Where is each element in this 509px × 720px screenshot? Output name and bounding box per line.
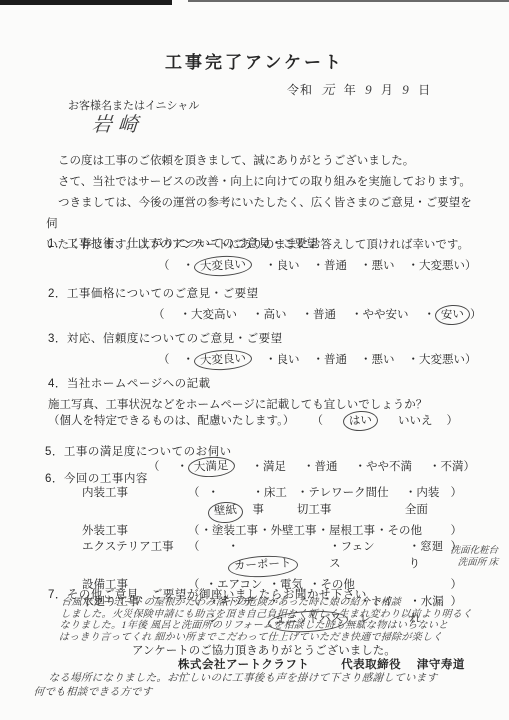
day-value-handwritten: 9 (402, 82, 410, 97)
option-text: 外壁工事 (271, 525, 317, 537)
paren-open: （ (158, 354, 170, 366)
text-line: さて、当社ではサービスの改善・向上に向けての取り組みを実施しております。 (46, 172, 472, 193)
text-line: なりました。1年後 風呂と洗面所のリフォームを相談した時も無駄な物はいらないと (59, 620, 505, 632)
option-大変高い: ・大変高い (180, 309, 238, 321)
option-大満足: ・大満足 (177, 461, 235, 473)
paren-close: ） (451, 485, 463, 502)
option-text: 悪い (372, 354, 395, 366)
option-フェンス: ・フェンス (329, 539, 380, 573)
paren-close: ） (465, 260, 477, 272)
option-text: 満足 (263, 461, 286, 473)
option-高い: ・高い (252, 309, 287, 321)
option-はい: はい (343, 415, 378, 427)
text-line: 台風でカーポートの屋根がたわみ落下の危険があった時に娘の紹介で相談 (61, 597, 507, 609)
option-普通: ・普通 (303, 461, 338, 473)
paren-open: （ (188, 523, 200, 540)
option-text: テレワーク間仕切工事 (297, 487, 389, 516)
paren-open: （ (153, 309, 165, 321)
text-line: この度は工事のご依頼を頂きまして、誠にありがとうございました。 (46, 151, 472, 172)
customer-name-handwritten: 岩崎 (91, 108, 145, 137)
option-text: 良い (277, 260, 300, 272)
option-text: 普通 (315, 461, 338, 473)
option-text: 高い (264, 309, 287, 321)
circled-selection: 大変良い (194, 348, 253, 371)
question-4-answer-row: （個人を特定できるものは、配慮いたします。） （はいいいえ） (48, 411, 460, 431)
option-外壁工事: ・外壁工事 (259, 523, 317, 540)
question-3-label: 3．対応、信頼度についてのご意見・ご要望 (48, 330, 283, 346)
question-4-options: （はいいいえ） (312, 415, 459, 427)
circled-selection: 大満足 (188, 456, 235, 478)
option-壁紙: ・壁紙 (208, 485, 245, 523)
option-安い: ・安い (424, 309, 471, 321)
text-line: 洗面所 床 (457, 558, 498, 570)
work-category-label: エクステリア工事 (82, 539, 188, 556)
option-いいえ: いいえ (398, 415, 433, 427)
option-塗装工事: ・塗装工事 (201, 523, 259, 540)
option-text: いいえ (398, 415, 433, 427)
circled-selection: カーポート (227, 554, 297, 578)
option-不満: ・不満 (429, 461, 464, 473)
work-category-row: 外装工事（・塗装工事・外壁工事・屋根工事・その他） (82, 523, 462, 540)
company-signature-line: 株式会社アートクラフト 代表取締役 津守寿道 (178, 656, 465, 672)
option-窓廻り: ・窓廻り (409, 539, 451, 573)
option-カーポート: ・カーポート (228, 539, 302, 577)
option-text: 屋根工事 (329, 525, 375, 537)
option-大変良い: ・大変良い (183, 354, 253, 366)
option-テレワーク間仕切工事: ・テレワーク間仕切工事 (297, 485, 397, 519)
paren-close: ） (447, 415, 459, 427)
circled-selection: 安い (435, 304, 471, 326)
question-1-label: 1．工事技術、仕上がりについてのご意見・ご要望 (48, 235, 319, 251)
option-普通: ・普通 (313, 260, 348, 272)
option-良い: ・良い (265, 260, 300, 272)
option-text: 悪い (372, 260, 395, 272)
paren-open: （ (158, 260, 170, 272)
footer-handwritten-continuation: なる場所になりました。お忙しいのに工事後も声を掛けて下さり感謝しています何でも相… (33, 672, 495, 699)
text-line: 何でも相談できる方です (33, 686, 494, 700)
paren-open: （ (312, 415, 324, 427)
option-大変良い: ・大変良い (183, 260, 253, 272)
paren-open: （ (188, 539, 200, 556)
question-4-text: 施工写真、工事状況などをホームページに記載しても宜しいでしょうか？ (48, 396, 427, 412)
day-unit: 日 (418, 83, 431, 97)
document-title: 工事完了アンケート (0, 48, 509, 73)
year-unit: 年 (344, 83, 357, 97)
option-text: やや不満 (366, 461, 412, 473)
scan-edge-artifact-right (188, 0, 509, 2)
option-良い: ・良い (265, 354, 300, 366)
option-床工事: ・床工事 (252, 485, 288, 519)
option-text: 大変高い (191, 309, 237, 321)
option-大変悪い: ・大変悪い (408, 260, 466, 272)
option-text: 普通 (313, 309, 336, 321)
signer-title: 代表取締役 (341, 659, 401, 671)
option-普通: ・普通 (302, 309, 337, 321)
paren-close: ） (464, 461, 476, 473)
work-category-label: 内装工事 (82, 485, 188, 502)
question-7-handwritten-answer: 台風でカーポートの屋根がたわみ落下の危険があった時に娘の紹介で相談しました。火災… (58, 597, 506, 644)
circled-selection: 壁紙 (207, 501, 243, 524)
work-category-label: 外装工事 (82, 523, 188, 540)
option-大変悪い: ・大変悪い (408, 354, 466, 366)
question-3-options: （・大変良い・良い・普通・悪い・大変悪い） (158, 350, 477, 370)
work-category-row: 内装工事（・壁紙・床工事・テレワーク間仕切工事・内装全面） (82, 485, 462, 523)
paren-close: ） (451, 577, 463, 594)
option-やや安い: ・やや安い (351, 309, 409, 321)
month-value-handwritten: 9 (365, 82, 373, 97)
question-2-label: 2．工事価格についてのご意見・ご要望 (48, 285, 259, 301)
paren-close: ） (465, 354, 477, 366)
text-line: しました。火災保険申請にも助言を頂き自己負担なく新しく生まれ変わり以前より明るく (60, 609, 506, 621)
option-text: 普通 (324, 260, 347, 272)
circled-selection: はい (343, 410, 379, 432)
option-text: フェンス (329, 541, 374, 570)
option-屋根工事: ・屋根工事 (318, 523, 376, 540)
signer-name: 津守寿道 (417, 659, 465, 671)
option-満足: ・満足 (252, 461, 287, 473)
question-4-label: 4．当社ホームページへの記載 (48, 375, 211, 391)
handwritten-note-water-row: 洗面化粧台洗面所 床 (449, 546, 499, 569)
question-4-note: （個人を特定できるものは、配慮いたします。） (48, 415, 294, 427)
era-label: 令和 (287, 83, 313, 97)
question-5-options: （・大満足・満足・普通・やや不満・不満） (148, 457, 475, 477)
option-text: その他 (388, 525, 423, 537)
scanned-survey-document: 工事完了アンケート 令和 元 年 9 月 9 日 お客様名またはイニシャル 岩崎… (0, 0, 509, 720)
option-悪い: ・悪い (360, 260, 395, 272)
option-悪い: ・悪い (360, 354, 395, 366)
work-category-row: エクステリア工事（・カーポート・フェンス・窓廻り） (82, 539, 462, 577)
circled-selection: 大変良い (194, 254, 253, 277)
option-text: 内装全面 (405, 487, 440, 516)
question-1-options: （・大変良い・良い・普通・悪い・大変悪い） (158, 256, 477, 276)
date-line: 令和 元 年 9 月 9 日 (287, 79, 431, 98)
text-line: つきましては、今後の運営の参考にいたしたく、広く皆さまのご意見・ご要望を伺 (46, 193, 472, 235)
question-6-label: 6．今回の工事内容 (45, 470, 148, 486)
option-text: 窓廻り (409, 541, 444, 570)
month-unit: 月 (381, 83, 394, 97)
option-内装全面: ・内装全面 (405, 485, 451, 519)
text-line: 洗面化粧台 (450, 546, 499, 558)
paren-open: （ (148, 461, 160, 473)
option-text: 大変悪い (419, 260, 465, 272)
paren-close: ） (451, 523, 463, 540)
option-text: 床工事 (252, 487, 287, 516)
paren-close: ） (470, 309, 482, 321)
option-text: 良い (277, 354, 300, 366)
scan-edge-artifact-left (0, 0, 172, 5)
option-text: やや安い (363, 309, 409, 321)
option-やや不満: ・やや不満 (355, 461, 413, 473)
question-2-options: （・大変高い・高い・普通・やや安い・安い） (153, 305, 482, 325)
text-line: なる場所になりました。お忙しいのに工事後も声を掛けて下さり感謝しています (48, 672, 495, 686)
option-text: 普通 (324, 354, 347, 366)
option-text: 塗装工事 (212, 525, 258, 537)
company-name: 株式会社アートクラフト (178, 659, 309, 671)
option-text: 大変悪い (419, 354, 465, 366)
option-text: 不満 (441, 461, 464, 473)
option-その他: ・その他 (376, 523, 422, 540)
year-value-handwritten: 元 (321, 82, 335, 97)
option-普通: ・普通 (313, 354, 348, 366)
paren-open: （ (188, 485, 200, 502)
